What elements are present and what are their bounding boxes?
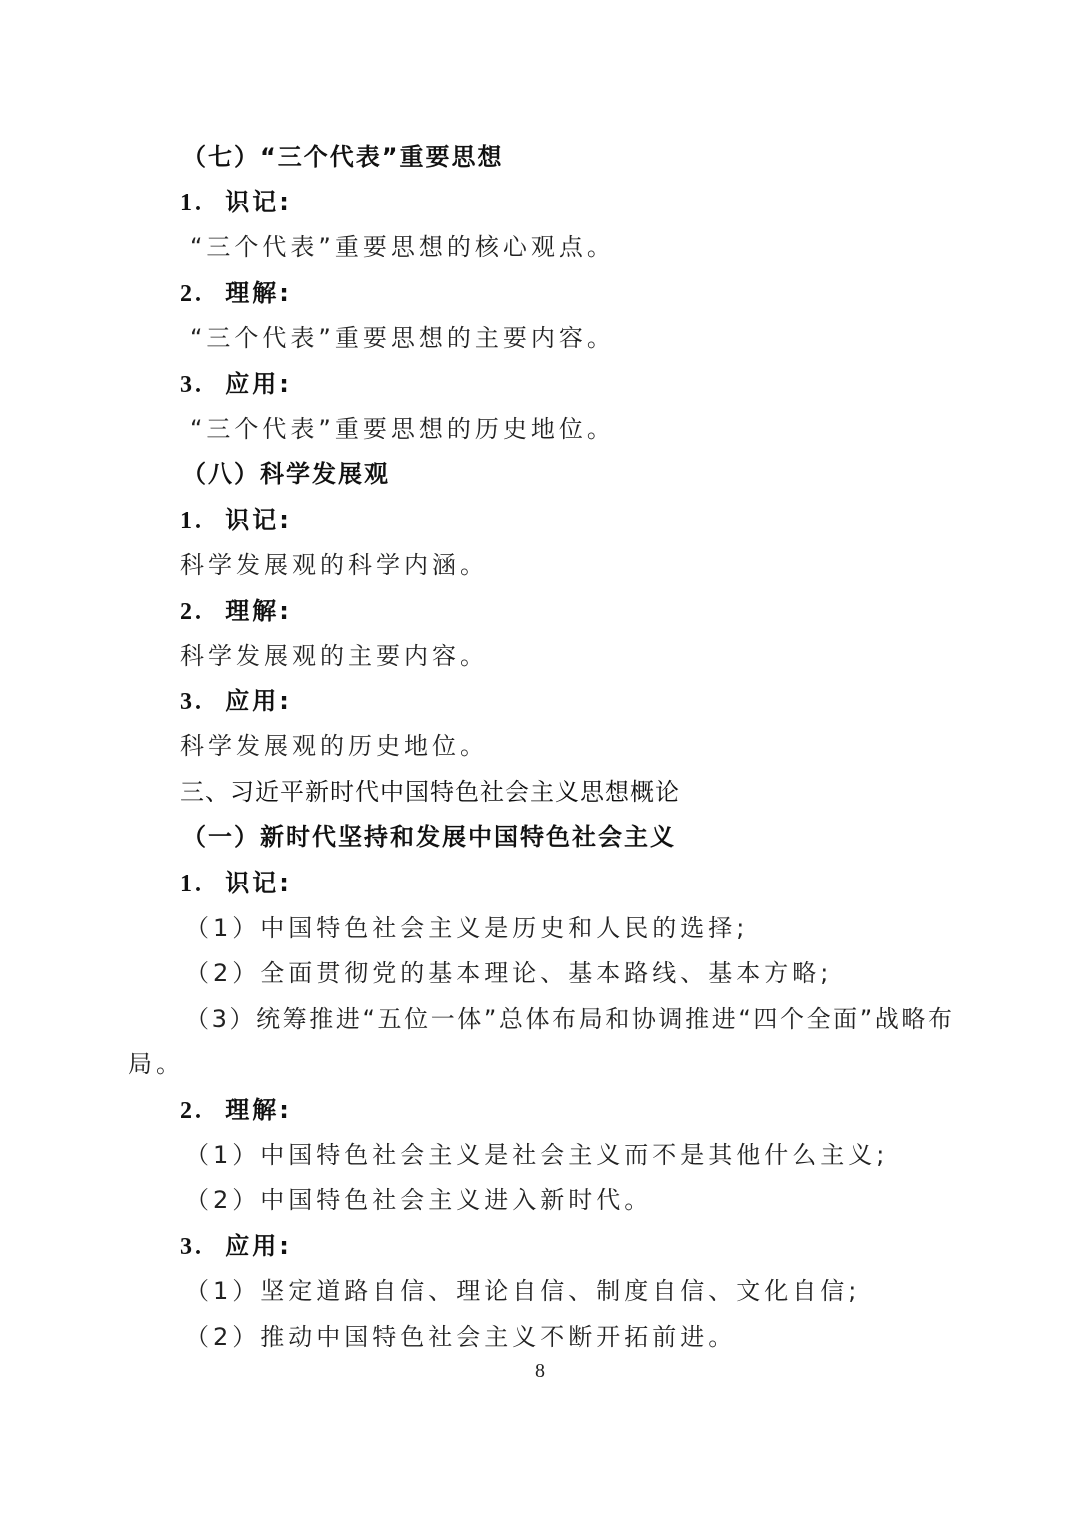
- item-label: 1. 识记:: [180, 187, 292, 218]
- item-label: 2. 理解:: [180, 1095, 292, 1126]
- body-text: （1）中国特色社会主义是社会主义而不是其他什么主义;: [185, 1140, 888, 1170]
- item-label: 1. 识记:: [180, 505, 292, 536]
- item-number: 3.: [180, 372, 204, 398]
- body-text: “三个代表”重要思想的主要内容。: [190, 323, 615, 353]
- item-number: 2.: [180, 281, 204, 307]
- body-text: （1）坚定道路自信、理论自信、制度自信、文化自信;: [185, 1276, 860, 1306]
- item-label-text: 识记:: [225, 869, 292, 897]
- item-label: 3. 应用:: [180, 1231, 292, 1262]
- item-label-text: 理解:: [225, 1096, 292, 1124]
- item-label: 1. 识记:: [180, 868, 292, 899]
- item-label-text: 识记:: [225, 506, 292, 534]
- page-number: 8: [0, 1360, 1080, 1383]
- body-text-continuation: 局。: [128, 1049, 184, 1079]
- body-text: 科学发展观的科学内涵。: [180, 550, 488, 580]
- item-label: 2. 理解:: [180, 596, 292, 627]
- item-label-text: 理解:: [225, 597, 292, 625]
- item-number: 1.: [180, 871, 204, 897]
- section-heading: 三、习近平新时代中国特色社会主义思想概论: [180, 777, 680, 807]
- item-number: 3.: [180, 689, 204, 715]
- body-text: （2）推动中国特色社会主义不断开拓前进。: [185, 1322, 736, 1352]
- item-number: 1.: [180, 190, 204, 216]
- item-number: 2.: [180, 599, 204, 625]
- body-text: 科学发展观的历史地位。: [180, 731, 488, 761]
- item-label-text: 应用:: [225, 1232, 292, 1260]
- body-text: （1）中国特色社会主义是历史和人民的选择;: [185, 913, 748, 943]
- item-number: 1.: [180, 508, 204, 534]
- body-text: （2）全面贯彻党的基本理论、基本路线、基本方略;: [185, 958, 832, 988]
- item-label-text: 理解:: [225, 279, 292, 307]
- body-text: 科学发展观的主要内容。: [180, 641, 488, 671]
- item-label-text: 应用:: [225, 370, 292, 398]
- body-text: （3）统筹推进“五位一体”总体布局和协调推进“四个全面”战略布: [185, 1004, 955, 1034]
- item-label: 3. 应用:: [180, 369, 292, 400]
- item-label: 2. 理解:: [180, 278, 292, 309]
- subheading-scientific-outlook: （八）科学发展观: [182, 459, 390, 489]
- item-label-text: 识记:: [225, 188, 292, 216]
- item-number: 2.: [180, 1098, 204, 1124]
- item-label: 3. 应用:: [180, 686, 292, 717]
- item-number: 3.: [180, 1234, 204, 1260]
- subheading-three-represents: （七）“三个代表”重要思想: [182, 142, 504, 172]
- body-text: “三个代表”重要思想的核心观点。: [190, 232, 615, 262]
- item-label-text: 应用:: [225, 687, 292, 715]
- body-text: “三个代表”重要思想的历史地位。: [190, 414, 615, 444]
- subheading-new-era: （一）新时代坚持和发展中国特色社会主义: [182, 822, 676, 852]
- body-text: （2）中国特色社会主义进入新时代。: [185, 1185, 652, 1215]
